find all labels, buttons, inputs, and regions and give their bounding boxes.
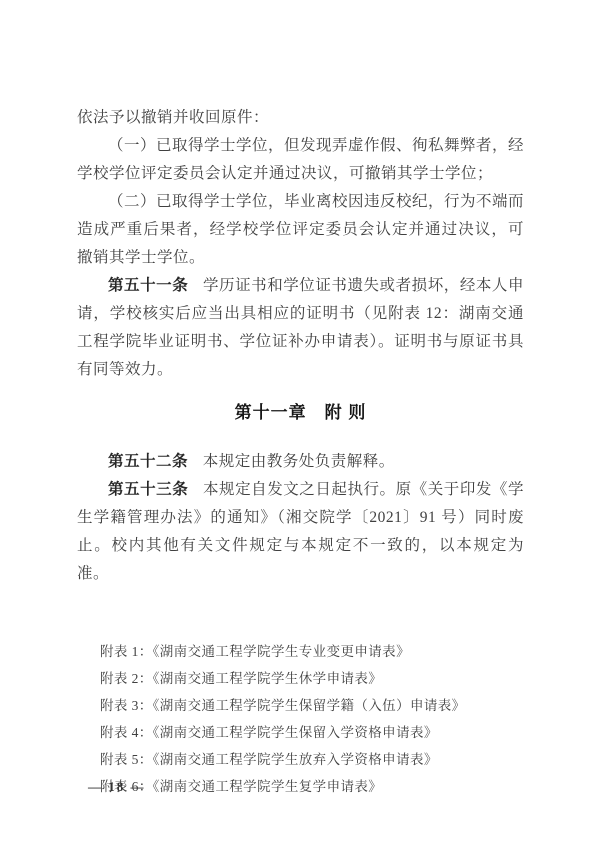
appendix-item-5: 附表 5：《湖南交通工程学院学生放弃入学资格申请表》 — [100, 746, 524, 773]
article-51-number: 第五十一条 — [108, 277, 188, 294]
clause-item-2: （二）已取得学士学位，毕业离校因违反校纪，行为不端而造成严重后果者，经学校学位评… — [77, 188, 524, 272]
article-52: 第五十二条本规定由教务处负责解释。 — [77, 448, 524, 476]
page-number: — 18 — — [88, 779, 146, 795]
appendix-item-3: 附表 3：《湖南交通工程学院学生保留学籍（入伍）申请表》 — [100, 692, 524, 719]
article-53: 第五十三条本规定自发文之日起执行。原《关于印发《学生学籍管理办法》的通知》（湘交… — [77, 476, 524, 588]
article-52-text: 本规定由教务处负责解释。 — [203, 453, 395, 470]
chapter-heading: 第十一章 附 则 — [77, 398, 524, 428]
document-page: 依法予以撤销并收回原件： （一）已取得学士学位，但发现弄虚作假、徇私舞弊者，经学… — [0, 0, 600, 848]
appendix-item-2: 附表 2：《湖南交通工程学院学生休学申请表》 — [100, 665, 524, 692]
article-53-number: 第五十三条 — [108, 481, 188, 498]
appendix-item-1: 附表 1：《湖南交通工程学院学生专业变更申请表》 — [100, 638, 524, 665]
article-52-number: 第五十二条 — [108, 453, 188, 470]
appendix-item-4: 附表 4：《湖南交通工程学院学生保留入学资格申请表》 — [100, 719, 524, 746]
paragraph-continuation: 依法予以撤销并收回原件： — [77, 104, 524, 132]
appendix-item-6: 附表 6：《湖南交通工程学院学生复学申请表》 — [100, 773, 524, 800]
appendix-list: 附表 1：《湖南交通工程学院学生专业变更申请表》 附表 2：《湖南交通工程学院学… — [77, 638, 524, 800]
document-body: 依法予以撤销并收回原件： （一）已取得学士学位，但发现弄虚作假、徇私舞弊者，经学… — [77, 104, 524, 800]
article-51: 第五十一条学历证书和学位证书遗失或者损坏，经本人申请，学校核实后应当出具相应的证… — [77, 272, 524, 384]
clause-item-1: （一）已取得学士学位，但发现弄虚作假、徇私舞弊者，经学校学位评定委员会认定并通过… — [77, 132, 524, 188]
